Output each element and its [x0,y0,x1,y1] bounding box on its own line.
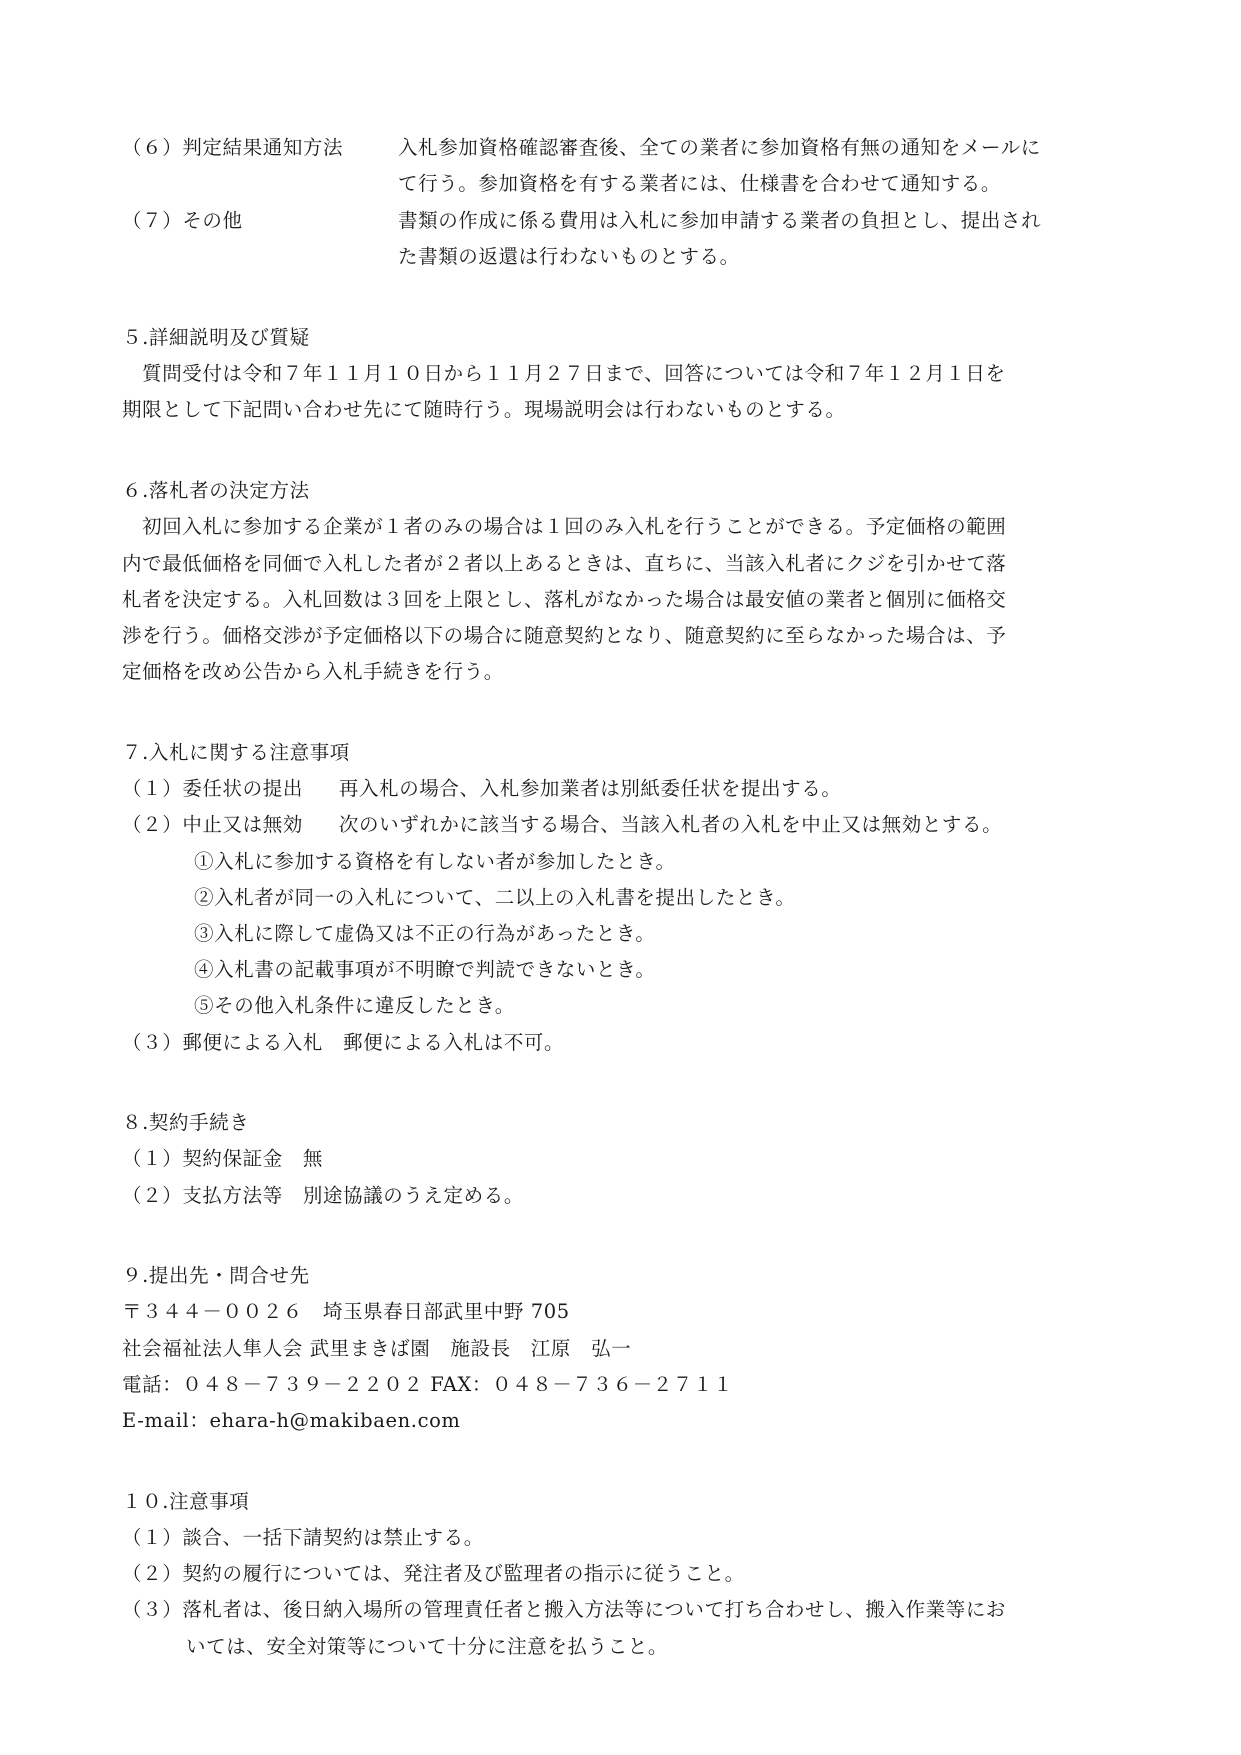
item-number: （１） [122,1147,182,1170]
item-7-row: （７）その他 [122,209,243,233]
item-number: （２） [122,1562,182,1585]
item-text: 次のいずれかに該当する場合、当該入札者の入札を中止又は無効とする。 [339,813,1002,836]
section-6-line-1: 初回入札に参加する企業が１者のみの場合は１回のみ入札を行うことができる。予定価格… [122,515,1006,539]
item-label: 支払方法等 [182,1184,283,1207]
item-label: 判定結果通知方法 [182,136,343,160]
item-6-text-line-2: て行う。参加資格を有する業者には、仕様書を合わせて通知する。 [398,172,1001,196]
sub-item-5: ⑤その他入札条件に違反したとき。 [194,994,515,1018]
section-6-line-4: 渉を行う。価格交渉が予定価格以下の場合に随意契約となり、随意契約に至らなかった場… [122,624,1006,648]
section-8-heading: ８.契約手続き [122,1111,249,1135]
sub-item-4: ④入札書の記載事項が不明瞭で判読できないとき。 [194,958,656,982]
item-number: （２） [122,813,182,836]
item-6-text-line-1: 入札参加資格確認審査後、全ての業者に参加資格有無の通知をメールに [398,136,1041,160]
item-text: 郵便による入札は不可。 [343,1031,564,1054]
section-9-heading: ９.提出先・問合せ先 [122,1264,310,1288]
section-6-heading: ６.落札者の決定方法 [122,479,310,503]
item-number: （２） [122,1184,182,1207]
section-5-line-2: 期限として下記問い合わせ先にて随時行う。現場説明会は行わないものとする。 [122,398,846,422]
item-6-row: （６）判定結果通知方法 [122,136,343,160]
item-7-text-line-2: た書類の返還は行わないものとする。 [398,245,740,269]
item-number: （１） [122,1526,182,1549]
section-5-line-1: 質問受付は令和７年１１月１０日から１１月２７日まで、回答については令和７年１２月… [122,362,1006,386]
item-text: 別途協議のうえ定める。 [303,1184,524,1207]
section-7-item-1: （１）委任状の提出再入札の場合、入札参加業者は別紙委任状を提出する。 [122,777,841,801]
section-10-item-2: （２）契約の履行については、発注者及び監理者の指示に従うこと。 [122,1562,745,1586]
item-7-text-line-1: 書類の作成に係る費用は入札に参加申請する業者の負担とし、提出され [398,209,1041,233]
section-10-item-3: （３）落札者は、後日納入場所の管理責任者と搬入方法等について打ち合わせし、搬入作… [122,1598,1006,1622]
section-6-line-2: 内で最低価格を同価で入札した者が２者以上あるときは、直ちに、当該入札者にクジを引… [122,552,1006,576]
email-address[interactable]: E-mail：ehara-h@makibaen.com [122,1409,461,1433]
section-10-heading: １０.注意事項 [122,1490,249,1514]
item-text: 無 [303,1147,323,1170]
item-label: その他 [182,209,242,233]
section-8-item-2: （２）支払方法等別途協議のうえ定める。 [122,1184,524,1208]
item-number: （６） [122,136,182,160]
item-text: 再入札の場合、入札参加業者は別紙委任状を提出する。 [339,777,842,800]
section-5-heading: ５.詳細説明及び質疑 [122,326,310,350]
section-7-item-3: （３）郵便による入札郵便による入札は不可。 [122,1031,564,1055]
section-10-item-1: （１）談合、一括下請契約は禁止する。 [122,1526,484,1550]
item-label: 中止又は無効 [182,813,303,836]
item-number: （３） [122,1598,182,1621]
item-label: 契約保証金 [182,1147,283,1170]
section-10-item-3-continuation: いては、安全対策等について十分に注意を払うこと。 [186,1635,668,1659]
sub-item-1: ①入札に参加する資格を有しない者が参加したとき。 [194,850,676,874]
section-8-item-1: （１）契約保証金無 [122,1147,323,1171]
sub-item-3: ③入札に際して虚偽又は不正の行為があったとき。 [194,922,655,946]
item-text: 落札者は、後日納入場所の管理責任者と搬入方法等について打ち合わせし、搬入作業等に… [182,1598,1006,1621]
item-label: 委任状の提出 [182,777,303,800]
phone-fax: 電話：０４８－７３９－２２０２ FAX：０４８－７３６－２７１１ [122,1373,733,1397]
section-6-line-3: 札者を決定する。入札回数は３回を上限とし、落札がなかった場合は最安値の業者と個別… [122,588,1006,612]
item-number: （１） [122,777,182,800]
item-number: （７） [122,209,182,233]
section-7-heading: ７.入札に関する注意事項 [122,741,350,765]
organization-contact: 社会福祉法人隼人会 武里まきば園 施設長 江原 弘一 [122,1337,631,1361]
item-text: 談合、一括下請契約は禁止する。 [182,1526,484,1549]
section-7-item-2: （２）中止又は無効次のいずれかに該当する場合、当該入札者の入札を中止又は無効とす… [122,813,1002,837]
section-6-line-5: 定価格を改め公告から入札手続きを行う。 [122,660,504,684]
item-label: 郵便による入札 [182,1031,323,1054]
sub-item-2: ②入札者が同一の入札について、二以上の入札書を提出したとき。 [194,886,795,910]
item-text: 契約の履行については、発注者及び監理者の指示に従うこと。 [182,1562,744,1585]
postal-address: 〒３４４－００２６ 埼玉県春日部武里中野 705 [122,1300,570,1324]
item-number: （３） [122,1031,182,1054]
